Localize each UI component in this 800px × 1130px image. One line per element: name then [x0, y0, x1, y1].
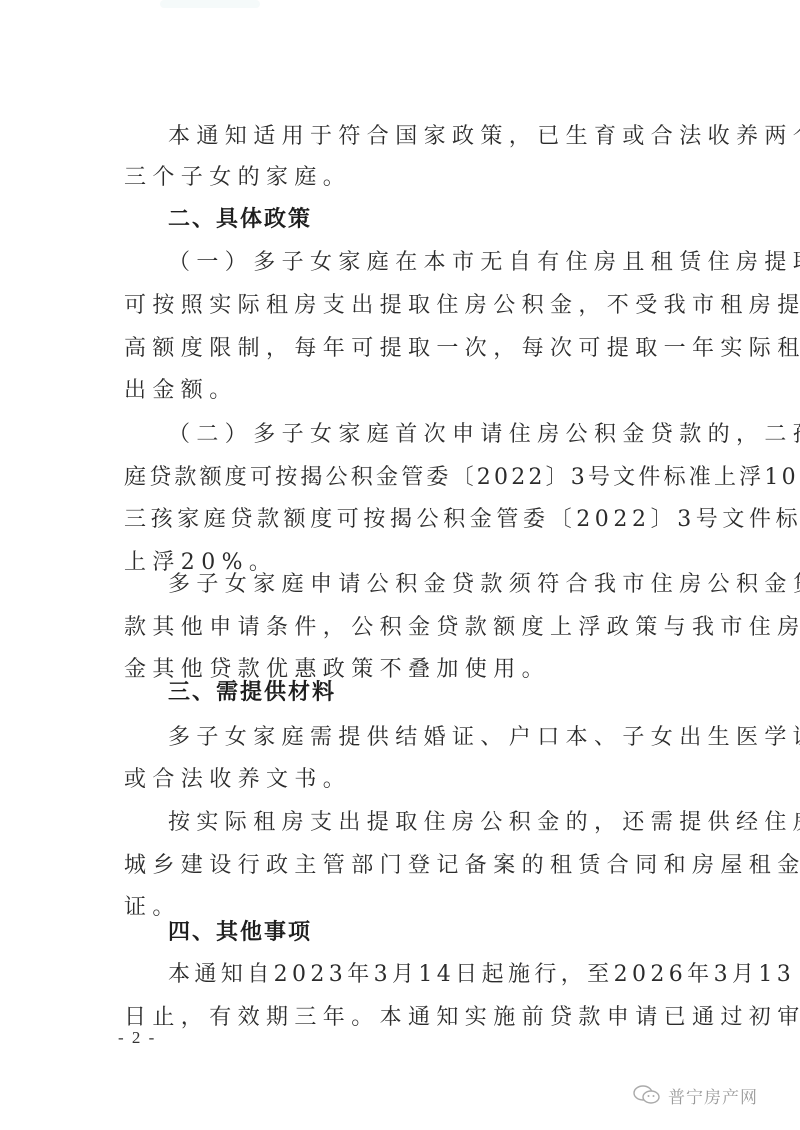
watermark: 普宁房产网 [632, 1080, 758, 1110]
paragraph-line: 日止，有效期三年。本通知实施前贷款申请已通过初审审批 [124, 998, 696, 1038]
section-heading-policies: 二、具体政策 [168, 200, 312, 240]
paragraph-line: （二）多子女家庭首次申请住房公积金贷款的，二孩家 [168, 415, 696, 455]
paragraph-line: 多子女家庭需提供结婚证、户口本、子女出生医学证明 [168, 718, 696, 758]
paragraph-line: 高额度限制，每年可提取一次，每次可提取一年实际租房支 [124, 329, 696, 369]
paragraph-line: 款其他申请条件，公积金贷款额度上浮政策与我市住房公积 [124, 608, 696, 648]
paragraph-line: 多子女家庭申请公积金贷款须符合我市住房公积金贷 [168, 565, 696, 605]
paragraph-line: 出金额。 [124, 371, 696, 411]
paragraph-line: 三个子女的家庭。 [124, 158, 696, 198]
paragraph-line: 城乡建设行政主管部门登记备案的租赁合同和房屋租金凭 [124, 846, 696, 886]
paragraph-line: 三孩家庭贷款额度可按揭公积金管委〔2022〕3号文件标准 [124, 500, 696, 540]
paragraph-line: 本通知适用于符合国家政策，已生育或合法收养两个或 [168, 117, 696, 157]
paragraph-line: 按实际租房支出提取住房公积金的，还需提供经住房和 [168, 803, 696, 843]
wechat-icon [632, 1083, 662, 1107]
document-page: 本通知适用于符合国家政策，已生育或合法收养两个或 三个子女的家庭。 二、具体政策… [0, 0, 800, 1130]
scan-smudge [160, 0, 260, 8]
paragraph-line: 本通知自2023年3月14日起施行，至2026年3月13 [168, 955, 696, 995]
watermark-text: 普宁房产网 [668, 1083, 758, 1108]
paragraph-line: 庭贷款额度可按揭公积金管委〔2022〕3号文件标准上浮10%， [124, 458, 696, 498]
section-heading-materials: 三、需提供材料 [168, 673, 336, 713]
page-number: - 2 - [118, 1028, 156, 1048]
paragraph-line: 或合法收养文书。 [124, 760, 696, 800]
paragraph-line: 可按照实际租房支出提取住房公积金，不受我市租房提取最 [124, 286, 696, 326]
paragraph-line: （一）多子女家庭在本市无自有住房且租赁住房提取的， [168, 243, 696, 283]
section-heading-other: 四、其他事项 [168, 913, 312, 953]
